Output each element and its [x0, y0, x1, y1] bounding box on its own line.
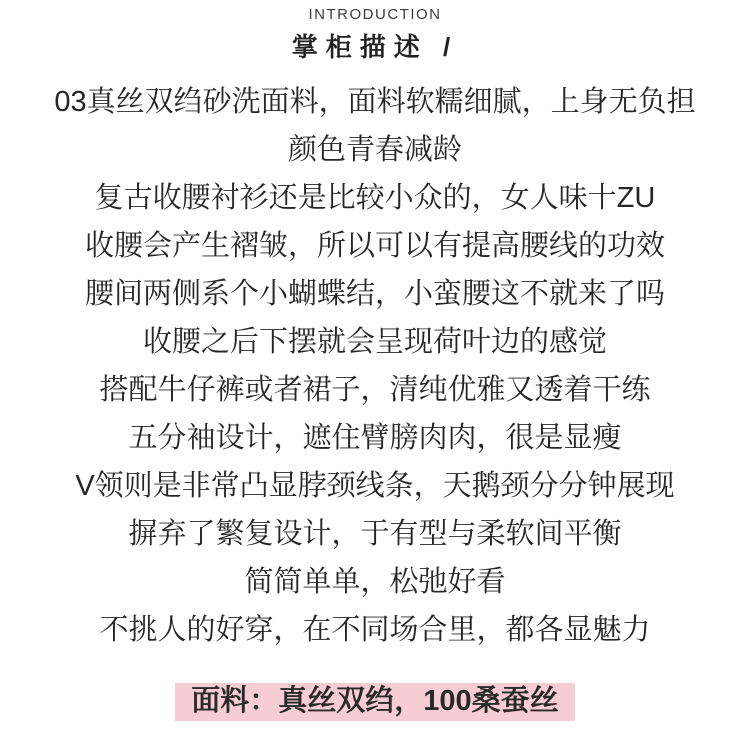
description-line: 03真丝双绉砂洗面料，面料软糯细腻，上身无负担 — [0, 78, 750, 126]
fabric-highlight: 面料：真丝双绉，100桑蚕丝 — [175, 683, 574, 721]
header-eyebrow: INTRODUCTION — [309, 7, 442, 23]
description-block: 03真丝双绉砂洗面料，面料软糯细腻，上身无负担 颜色青春减龄 复古收腰衬衫还是比… — [0, 78, 750, 654]
description-line: 腰间两侧系个小蝴蝶结，小蛮腰这不就来了吗 — [0, 270, 750, 318]
description-line: 搭配牛仔裤或者裙子，清纯优雅又透着干练 — [0, 366, 750, 414]
description-line: 收腰会产生褶皱，所以可以有提高腰线的功效 — [0, 222, 750, 270]
description-line: 简简单单，松弛好看 — [0, 558, 750, 606]
description-line: 收腰之后下摆就会呈现荷叶边的感觉 — [0, 318, 750, 366]
fabric-highlight-row: 面料：真丝双绉，100桑蚕丝 — [175, 683, 574, 721]
page-title: 掌柜描述 / — [292, 32, 458, 62]
description-line: 复古收腰衬衫还是比较小众的，女人味十ZU — [0, 174, 750, 222]
product-description-panel: INTRODUCTION 掌柜描述 / 03真丝双绉砂洗面料，面料软糯细腻，上身… — [0, 0, 750, 750]
description-line: V领则是非常凸显脖颈线条，天鹅颈分分钟展现 — [0, 462, 750, 510]
description-line: 不挑人的好穿，在不同场合里，都各显魅力 — [0, 606, 750, 654]
description-line: 五分袖设计，遮住臂膀肉肉，很是显瘦 — [0, 414, 750, 462]
description-line: 摒弃了繁复设计，于有型与柔软间平衡 — [0, 510, 750, 558]
description-line: 颜色青春减龄 — [0, 126, 750, 174]
